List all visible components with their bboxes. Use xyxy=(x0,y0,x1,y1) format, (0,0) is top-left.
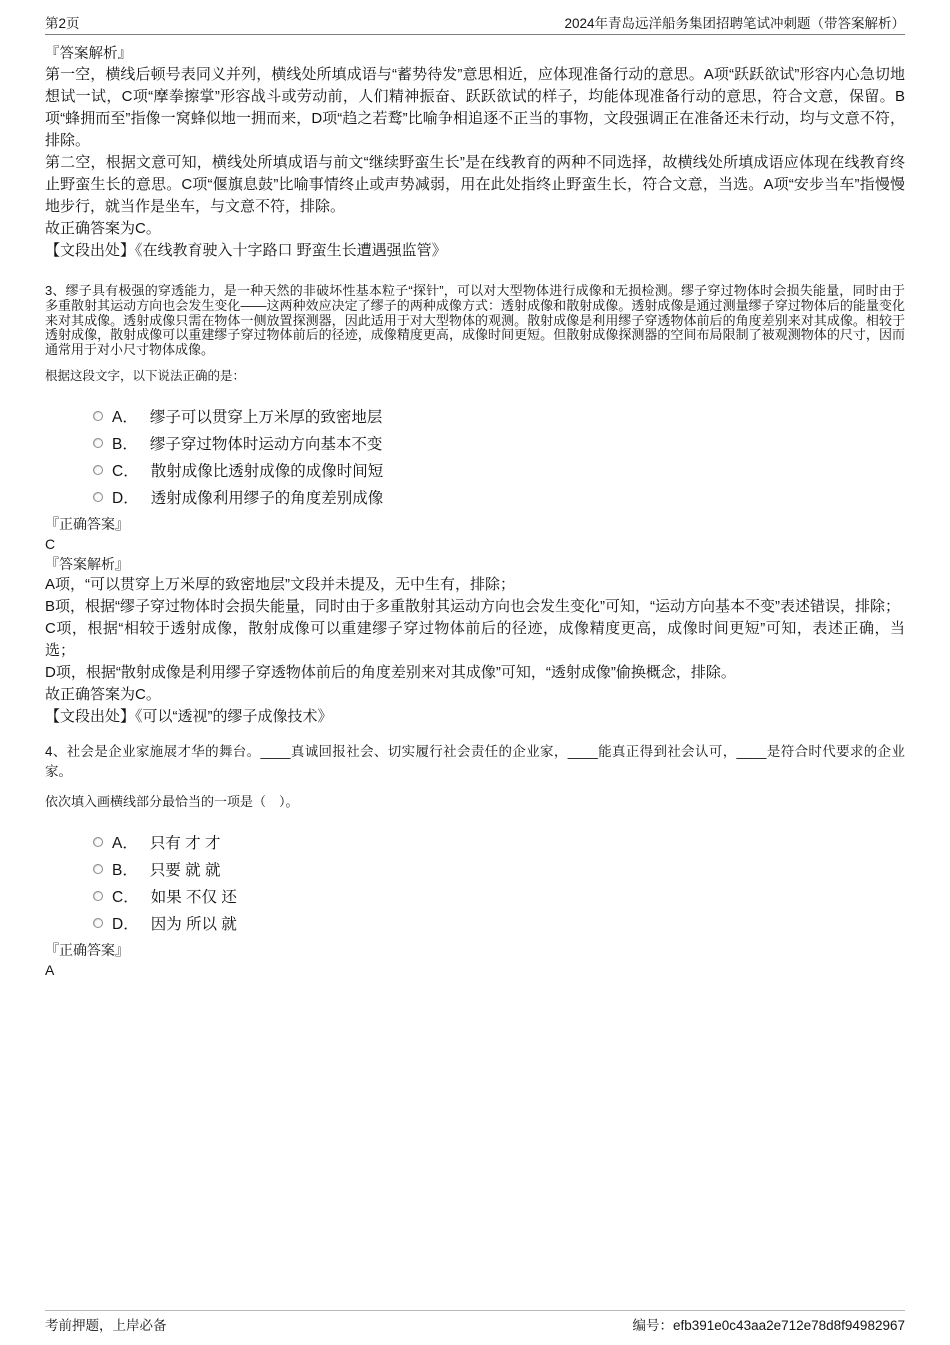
option-a[interactable]: A． 只有 才 才 xyxy=(93,832,905,852)
radio-button-icon[interactable] xyxy=(93,891,103,901)
option-c[interactable]: C． 散射成像比透射成像的成像时间短 xyxy=(93,460,905,480)
analysis-item-d: D项，根据“散射成像是利用缪子穿透物体前后的角度差别来对其成像”可知，“透射成像… xyxy=(45,662,905,684)
passage-source: 【文段出处】《可以“透视”的缪子成像技术》 xyxy=(45,706,905,728)
option-d[interactable]: D． 透射成像利用缪子的角度差别成像 xyxy=(93,487,905,507)
option-letter: C． xyxy=(112,459,139,481)
radio-button-icon[interactable] xyxy=(93,837,103,847)
page-footer: 考前押题，上岸必备 编号：efb391e0c43aa2e712e78d8f949… xyxy=(45,1310,905,1334)
radio-button-icon[interactable] xyxy=(93,864,103,874)
option-text: 只有 才 才 xyxy=(150,831,221,853)
option-b[interactable]: B． 缪子穿过物体时运动方向基本不变 xyxy=(93,433,905,453)
option-text: 散射成像比透射成像的成像时间短 xyxy=(151,459,384,481)
option-a[interactable]: A． 缪子可以贯穿上万米厚的致密地层 xyxy=(93,406,905,426)
page-content: 『答案解析』 第一空，横线后顿号表同义并列，横线处所填成语与“蓄势待发”意思相近… xyxy=(45,44,905,980)
option-letter: A． xyxy=(112,831,138,853)
option-d[interactable]: D． 因为 所以 就 xyxy=(93,913,905,933)
question-4-stem: 4、社会是企业家施展才华的舞台。____真诚回报社会、切实履行社会责任的企业家，… xyxy=(45,742,905,782)
option-text: 因为 所以 就 xyxy=(151,912,237,934)
option-text: 缪子穿过物体时运动方向基本不变 xyxy=(150,432,383,454)
option-c[interactable]: C． 如果 不仅 还 xyxy=(93,886,905,906)
question-3-options: A． 缪子可以贯穿上万米厚的致密地层 B． 缪子穿过物体时运动方向基本不变 C．… xyxy=(93,406,905,507)
footer-slogan: 考前押题，上岸必备 xyxy=(45,1317,167,1334)
analysis-item-c: C项，根据“相较于透射成像，散射成像可以重建缪子穿过物体前后的径迹，成像精度更高… xyxy=(45,618,905,662)
page-header: 第2页 2024年青岛远洋船务集团招聘笔试冲刺题（带答案解析） xyxy=(45,15,905,35)
analysis-item-a: A项，“可以贯穿上万米厚的致密地层”文段并未提及，无中生有，排除； xyxy=(45,574,905,596)
option-text: 缪子可以贯穿上万米厚的致密地层 xyxy=(150,405,383,427)
analysis-conclusion: 故正确答案为C。 xyxy=(45,684,905,706)
correct-answer-heading: 『正确答案』 xyxy=(45,940,905,960)
radio-button-icon[interactable] xyxy=(93,438,103,448)
exam-document-page: 第2页 2024年青岛远洋船务集团招聘笔试冲刺题（带答案解析） 『答案解析』 第… xyxy=(0,0,950,1345)
analysis-paragraph: 第一空，横线后顿号表同义并列，横线处所填成语与“蓄势待发”意思相近，应体现准备行… xyxy=(45,64,905,152)
option-text: 如果 不仅 还 xyxy=(151,885,237,907)
question-3-prompt: 根据这段文字，以下说法正确的是： xyxy=(45,368,905,384)
question-3-stem: 3、缪子具有极强的穿透能力，是一种天然的非破坏性基本粒子“探针”，可以对大型物体… xyxy=(45,284,905,358)
passage-source: 【文段出处】《在线教育驶入十字路口 野蛮生长遭遇强监管》 xyxy=(45,240,905,262)
correct-answer-heading: 『正确答案』 xyxy=(45,514,905,534)
radio-button-icon[interactable] xyxy=(93,465,103,475)
correct-answer-value: A xyxy=(45,960,905,980)
radio-button-icon[interactable] xyxy=(93,918,103,928)
radio-button-icon[interactable] xyxy=(93,492,103,502)
analysis-paragraph: 第二空，根据文意可知，横线处所填成语与前文“继续野蛮生长”是在线教育的两种不同选… xyxy=(45,152,905,218)
analysis-heading: 『答案解析』 xyxy=(45,44,905,64)
option-letter: D． xyxy=(112,486,139,508)
option-b[interactable]: B． 只要 就 就 xyxy=(93,859,905,879)
option-letter: D． xyxy=(112,912,139,934)
page-number: 第2页 xyxy=(45,15,80,32)
analysis-heading: 『答案解析』 xyxy=(45,554,905,574)
option-letter: A． xyxy=(112,405,138,427)
footer-serial-number: 编号：efb391e0c43aa2e712e78d8f94982967 xyxy=(633,1317,906,1334)
option-text: 透射成像利用缪子的角度差别成像 xyxy=(151,486,384,508)
question-4-prompt: 依次填入画横线部分最恰当的一项是（ ）。 xyxy=(45,794,905,810)
option-letter: C． xyxy=(112,885,139,907)
question-4-options: A． 只有 才 才 B． 只要 就 就 C． 如果 不仅 还 D． 因为 所以 … xyxy=(93,832,905,933)
option-letter: B． xyxy=(112,858,138,880)
radio-button-icon[interactable] xyxy=(93,411,103,421)
correct-answer-value: C xyxy=(45,534,905,554)
analysis-item-b: B项，根据“缪子穿过物体时会损失能量，同时由于多重散射其运动方向也会发生变化”可… xyxy=(45,596,905,618)
option-letter: B． xyxy=(112,432,138,454)
document-title: 2024年青岛远洋船务集团招聘笔试冲刺题（带答案解析） xyxy=(564,15,905,32)
option-text: 只要 就 就 xyxy=(150,858,221,880)
analysis-conclusion: 故正确答案为C。 xyxy=(45,218,905,240)
